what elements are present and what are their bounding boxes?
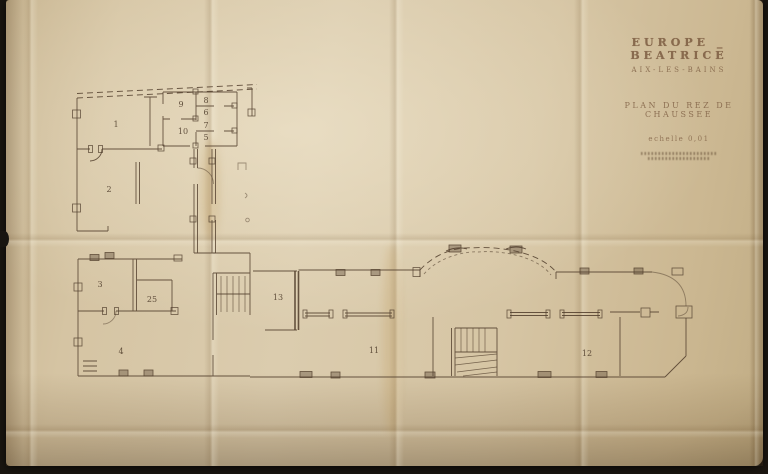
fine-print-line-2	[648, 157, 710, 160]
room-label-3: 3	[97, 280, 102, 289]
bow-window-arc	[420, 245, 556, 275]
faint-plan-marks	[238, 163, 249, 222]
drawing-plan-name: PLAN DU REZ DE CHAUSSEE	[596, 101, 762, 119]
title-block: EUROPE _ BEATRICE AIX-LES-BAINS PLAN DU …	[596, 36, 762, 160]
paper-edge-notch	[0, 231, 9, 247]
room-label-8: 8	[203, 96, 208, 105]
room-label-25: 25	[147, 295, 157, 304]
room-label-2: 2	[106, 185, 111, 194]
service-staircase	[452, 328, 498, 376]
drawing-location: AIX-LES-BAINS	[596, 66, 762, 74]
upper-block-dashed-wall	[77, 85, 257, 99]
room-label-7: 7	[203, 121, 208, 130]
photographed-plan-sheet: 1 9 8 6 10 7 5 2 3 25 4 13 11 12 EUROPE …	[0, 0, 768, 474]
drawing-title: EUROPE _ BEATRICE	[596, 36, 762, 62]
room-label-9: 9	[178, 100, 183, 109]
room-label-5: 5	[203, 133, 208, 142]
upper-block-walls	[73, 88, 256, 231]
fine-print-line-1	[641, 152, 717, 155]
room-label-11: 11	[369, 346, 379, 355]
room-label-1: 1	[113, 120, 118, 129]
room-label-10: 10	[178, 127, 188, 136]
corridor-walls	[190, 149, 216, 253]
room-label-6: 6	[203, 108, 208, 117]
wing-walls	[250, 268, 692, 379]
drawing-scale: echelle 0,01	[596, 135, 762, 143]
main-staircase	[213, 253, 250, 315]
lower-left-block-walls	[74, 253, 250, 377]
room-label-13: 13	[273, 293, 283, 302]
room-labels: 1 9 8 6 10 7 5 2 3 25 4 13 11 12	[97, 96, 592, 358]
room-label-4: 4	[118, 347, 123, 356]
room-label-12: 12	[582, 349, 592, 358]
